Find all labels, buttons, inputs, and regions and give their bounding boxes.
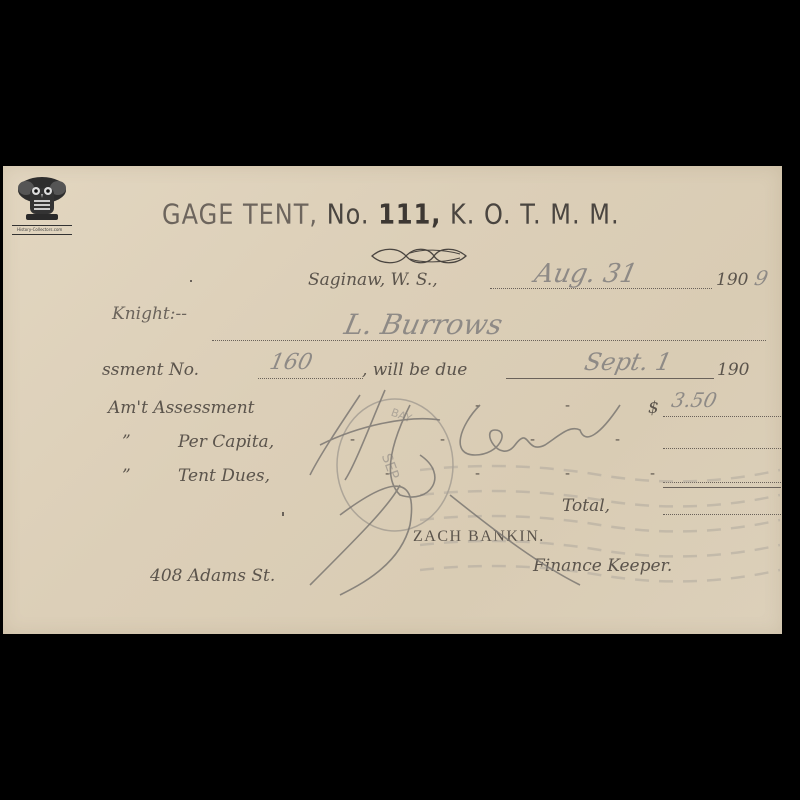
total-label: Total, <box>562 496 610 516</box>
dash: - <box>650 466 655 482</box>
salutation-label: Knight:-- <box>112 304 187 324</box>
ornament-flourish-icon <box>370 245 470 267</box>
dash: - <box>475 398 480 414</box>
sum-rule <box>663 487 781 488</box>
due-date-line <box>506 378 714 379</box>
dash: - <box>385 466 390 482</box>
address: 408 Adams St. <box>150 566 275 586</box>
tent-number: 111, <box>378 198 441 230</box>
tent-name: GAGE TENT, <box>162 198 318 230</box>
item-tent-dues-amount-line <box>663 482 781 483</box>
dot-mark <box>282 512 284 516</box>
dot-mark <box>190 280 192 282</box>
item-tent-dues-label: Tent Dues, <box>178 466 270 486</box>
dash: - <box>565 466 570 482</box>
year-prefix: 190 <box>716 270 748 290</box>
owl-icon <box>12 174 72 224</box>
finance-keeper-title: Finance Keeper. <box>533 556 672 576</box>
item-assessment-currency: $ <box>648 398 659 418</box>
handwritten-assessment-number: 160 <box>267 350 314 375</box>
item-per-capita-ditto: ” <box>122 432 131 452</box>
dash: - <box>440 432 445 448</box>
place-label: Saginaw, W. S., <box>308 270 438 290</box>
item-assessment-amount-line <box>663 416 781 417</box>
history-collectors-logo: History-Collectors.com <box>12 174 72 236</box>
assessment-number-line <box>258 378 363 379</box>
dash: - <box>565 398 570 414</box>
handwritten-name: L. Burrows <box>341 308 505 341</box>
number-label: No. <box>327 198 370 230</box>
dash: - <box>475 466 480 482</box>
item-tent-dues-ditto: ” <box>122 466 131 486</box>
tent-heading: GAGE TENT, No. 111, K. O. T. M. M. <box>162 198 620 230</box>
dash: - <box>350 432 355 448</box>
finance-keeper-name: ZACH BANKIN. <box>413 528 545 546</box>
item-per-capita-amount-line <box>663 448 781 449</box>
handwritten-date: Aug. 31 <box>532 259 640 289</box>
order-name: K. O. T. M. M. <box>450 198 620 230</box>
due-year-prefix: 190 <box>717 360 749 380</box>
dash: - <box>530 432 535 448</box>
total-amount-line <box>663 514 781 515</box>
item-per-capita-label: Per Capita, <box>178 432 274 452</box>
dash: - <box>615 432 620 448</box>
item-assessment-amount: 3.50 <box>669 388 719 412</box>
assessment-number-label: ssment No. <box>102 360 199 380</box>
due-label: , will be due <box>362 360 467 380</box>
handwritten-due-date: Sept. 1 <box>582 348 674 376</box>
logo-caption: History-Collectors.com <box>17 227 62 232</box>
item-assessment-label: Am't Assessment <box>108 398 255 418</box>
